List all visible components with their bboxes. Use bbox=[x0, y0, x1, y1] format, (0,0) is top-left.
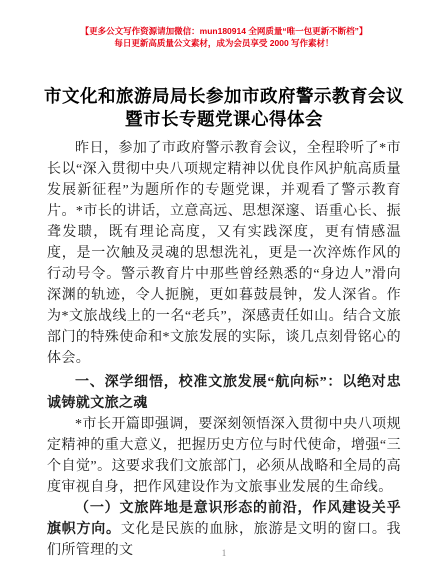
document-title-line2: 暨市长专题党课心得体会 bbox=[0, 108, 448, 131]
promo-notice: 【更多公文写作资源请加微信：mun180914 全网质量“唯一包更新不断档”】 … bbox=[0, 0, 448, 49]
paragraph-text: 一、深学细悟，校准文旅发展“航向标”：以绝对忠诚铸就文旅之魂 bbox=[47, 375, 401, 411]
paragraph-text: *市长开篇即强调，要深刻领悟深入贯彻中央八项规定精神的重大意义，把握历史方位与时… bbox=[47, 417, 401, 495]
promo-notice-line2: 每日更新高质量公文素材，成为会员享受 2000 写作素材！ bbox=[0, 37, 448, 49]
document-title: 市文化和旅游局局长参加市政府警示教育会议 暨市长专题党课心得体会 bbox=[0, 85, 448, 131]
document-body: 昨日，参加了市政府警示教育会议，全程聆听了*市长以“深入贯彻中央八项规定精神以优… bbox=[47, 138, 401, 561]
paragraph: 昨日，参加了市政府警示教育会议，全程聆听了*市长以“深入贯彻中央八项规定精神以优… bbox=[47, 138, 401, 369]
paragraph: 一、深学细悟，校准文旅发展“航向标”：以绝对忠诚铸就文旅之魂 bbox=[47, 372, 401, 414]
page-number: 1 bbox=[0, 548, 448, 558]
promo-notice-line1: 【更多公文写作资源请加微信：mun180914 全网质量“唯一包更新不断档”】 bbox=[0, 25, 448, 37]
document-page: 【更多公文写作资源请加微信：mun180914 全网质量“唯一包更新不断档”】 … bbox=[0, 0, 448, 580]
paragraph: *市长开篇即强调，要深刻领悟深入贯彻中央八项规定精神的重大意义，把握历史方位与时… bbox=[47, 414, 401, 498]
document-title-line1: 市文化和旅游局局长参加市政府警示教育会议 bbox=[0, 85, 448, 108]
paragraph-text: 昨日，参加了市政府警示教育会议，全程聆听了*市长以“深入贯彻中央八项规定精神以优… bbox=[47, 141, 401, 366]
